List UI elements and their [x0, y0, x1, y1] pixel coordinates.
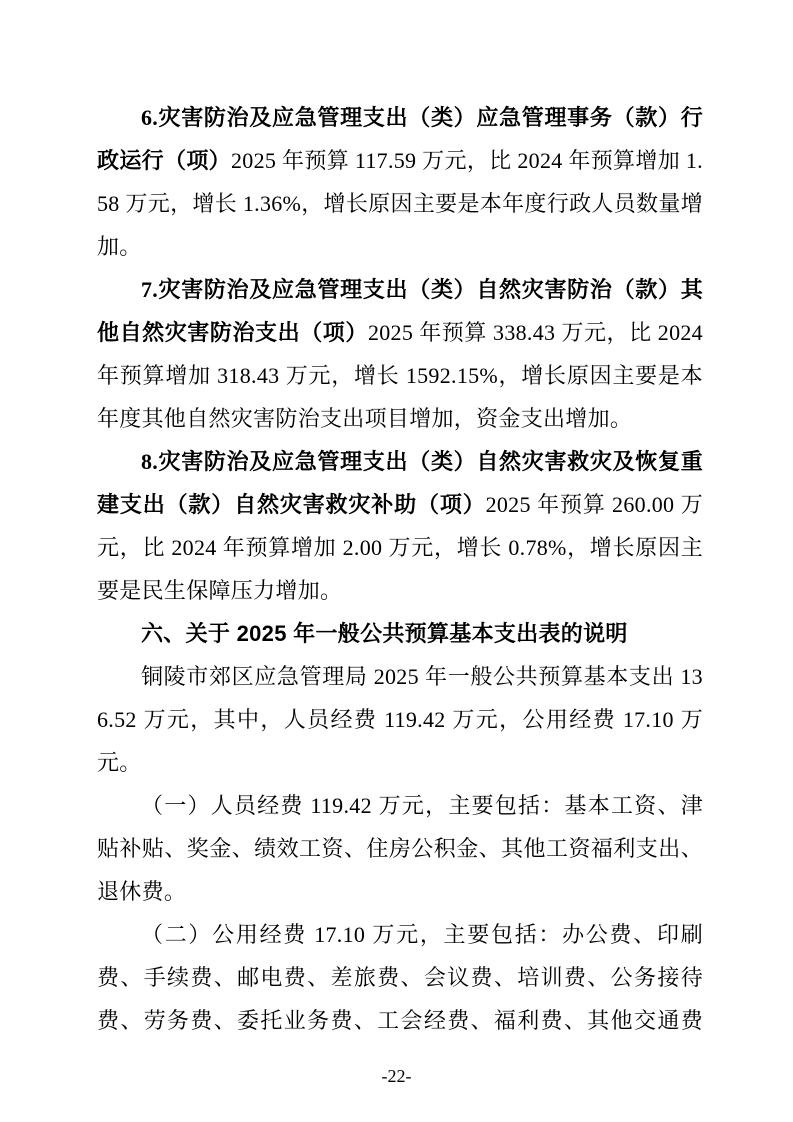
page-content: 6.灾害防治及应急管理支出（类）应急管理事务（款）行政运行（项）2025 年预算…: [97, 96, 703, 1042]
public-funds-paragraph: （二）公用经费 17.10 万元，主要包括：办公费、印刷费、手续费、邮电费、差旅…: [97, 913, 703, 1042]
budget-item-7-paragraph: 7.灾害防治及应急管理支出（类）自然灾害防治（款）其他自然灾害防治支出（项）20…: [97, 268, 703, 440]
budget-item-6-paragraph: 6.灾害防治及应急管理支出（类）应急管理事务（款）行政运行（项）2025 年预算…: [97, 96, 703, 268]
section-six-heading: 六、关于 2025 年一般公共预算基本支出表的说明: [97, 612, 703, 655]
basic-expenditure-summary-paragraph: 铜陵市郊区应急管理局 2025 年一般公共预算基本支出 136.52 万元，其中…: [97, 655, 703, 784]
page-number: -22-: [0, 1062, 793, 1090]
personnel-funds-paragraph: （一）人员经费 119.42 万元，主要包括：基本工资、津贴补贴、奖金、绩效工资…: [97, 784, 703, 913]
document-page: 6.灾害防治及应急管理支出（类）应急管理事务（款）行政运行（项）2025 年预算…: [0, 0, 793, 1122]
budget-item-8-paragraph: 8.灾害防治及应急管理支出（类）自然灾害救灾及恢复重建支出（款）自然灾害救灾补助…: [97, 440, 703, 612]
